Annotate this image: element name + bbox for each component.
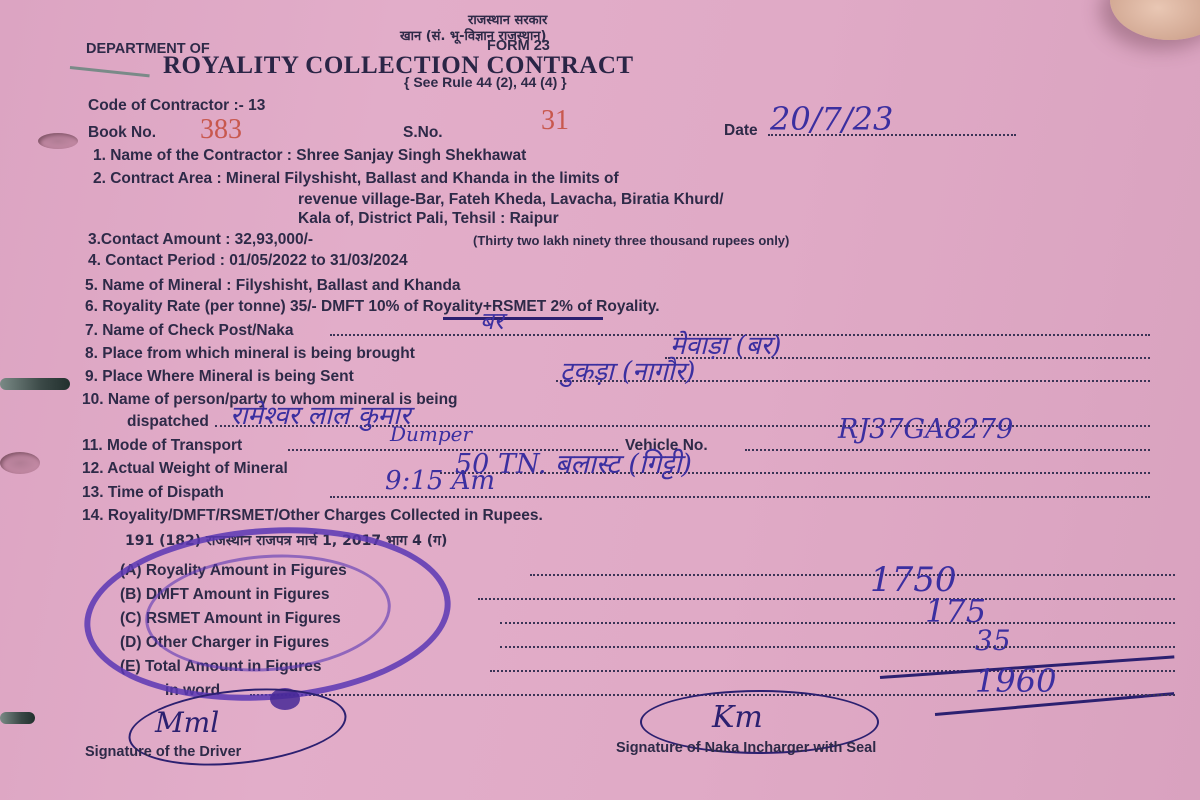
punch-hole-icon bbox=[0, 452, 40, 474]
date-label: Date bbox=[724, 122, 758, 140]
field-contractor-name: 1. Name of the Contractor : Shree Sanjay… bbox=[93, 147, 526, 165]
driver-signature-mark: Mml bbox=[155, 706, 219, 739]
naka-signature-mark: Km bbox=[712, 700, 763, 735]
field-contract-amount: 3.Contact Amount : 32,93,000/- bbox=[88, 231, 313, 249]
field-source-label: 8. Place from which mineral is being bro… bbox=[85, 345, 415, 363]
destination-value: टुकड़ा (नागौर) bbox=[560, 352, 695, 388]
staple-mark bbox=[70, 66, 150, 77]
sno-label: S.No. bbox=[403, 124, 443, 142]
field-checkpost-label: 7. Name of Check Post/Naka bbox=[85, 322, 293, 340]
field-contract-period: 4. Contact Period : 01/05/2022 to 31/03/… bbox=[88, 252, 408, 270]
thumb-in-photo bbox=[1110, 0, 1200, 40]
total-amount-line bbox=[490, 670, 1175, 672]
vehicle-line bbox=[745, 449, 1150, 451]
binder-ring-icon bbox=[0, 378, 70, 390]
binder-ring-icon bbox=[0, 712, 35, 724]
driver-signature-label: Signature of the Driver bbox=[85, 744, 241, 760]
rsmet-amount-value: 35 bbox=[975, 624, 1011, 657]
field-royalty-rate: 6. Royality Rate (per tonne) 35/- DMFT 1… bbox=[85, 298, 660, 316]
rsmet-amount-line bbox=[500, 622, 1175, 624]
royalty-amount-line bbox=[530, 574, 1175, 576]
book-no-label: Book No. bbox=[88, 124, 156, 142]
field-contract-area-1: 2. Contract Area : Mineral Filyshisht, B… bbox=[93, 170, 619, 188]
other-charges-line bbox=[500, 646, 1175, 648]
field-contract-amount-words: (Thirty two lakh ninety three thousand r… bbox=[473, 233, 789, 248]
vehicle-value: RJ37GA8279 bbox=[838, 414, 1013, 445]
rule-reference: { See Rule 44 (2), 44 (4) } bbox=[404, 74, 567, 90]
royalty-collection-form: राजस्थान सरकार खान (सं. भू-विज्ञान राजस्… bbox=[0, 0, 1200, 800]
checkpost-value: बर bbox=[480, 304, 504, 337]
consignee-value: रामेश्वर लाल कुमार bbox=[230, 396, 410, 432]
transport-value: Dumper bbox=[390, 422, 472, 446]
field-contract-area-3: Kala of, District Pali, Tehsil : Raipur bbox=[298, 210, 559, 228]
contractor-code: Code of Contractor :- 13 bbox=[88, 97, 265, 115]
field-consignee-label-2: dispatched bbox=[127, 413, 209, 431]
book-no-value: 383 bbox=[200, 114, 242, 146]
date-value: 20/7/23 bbox=[770, 100, 893, 138]
dmft-amount-line bbox=[478, 598, 1175, 600]
underline-stroke bbox=[443, 317, 603, 320]
punch-hole-icon bbox=[38, 133, 78, 149]
dispatch-time-line bbox=[330, 496, 1150, 498]
field-transport-label: 11. Mode of Transport bbox=[82, 437, 242, 455]
naka-signature-label: Signature of Naka Incharger with Seal bbox=[616, 740, 876, 756]
field-dispatch-time-label: 13. Time of Dispath bbox=[82, 484, 224, 502]
field-charges-heading: 14. Royality/DMFT/RSMET/Other Charges Co… bbox=[82, 507, 543, 525]
field-mineral-name: 5. Name of Mineral : Filyshisht, Ballast… bbox=[85, 277, 461, 295]
field-weight-label: 12. Actual Weight of Mineral bbox=[82, 460, 288, 478]
sno-value: 31 bbox=[541, 105, 569, 137]
dispatch-time-value: 9:15 Am bbox=[385, 466, 495, 496]
field-contract-area-2: revenue village-Bar, Fateh Kheda, Lavach… bbox=[298, 191, 724, 209]
field-destination-label: 9. Place Where Mineral is being Sent bbox=[85, 368, 354, 386]
